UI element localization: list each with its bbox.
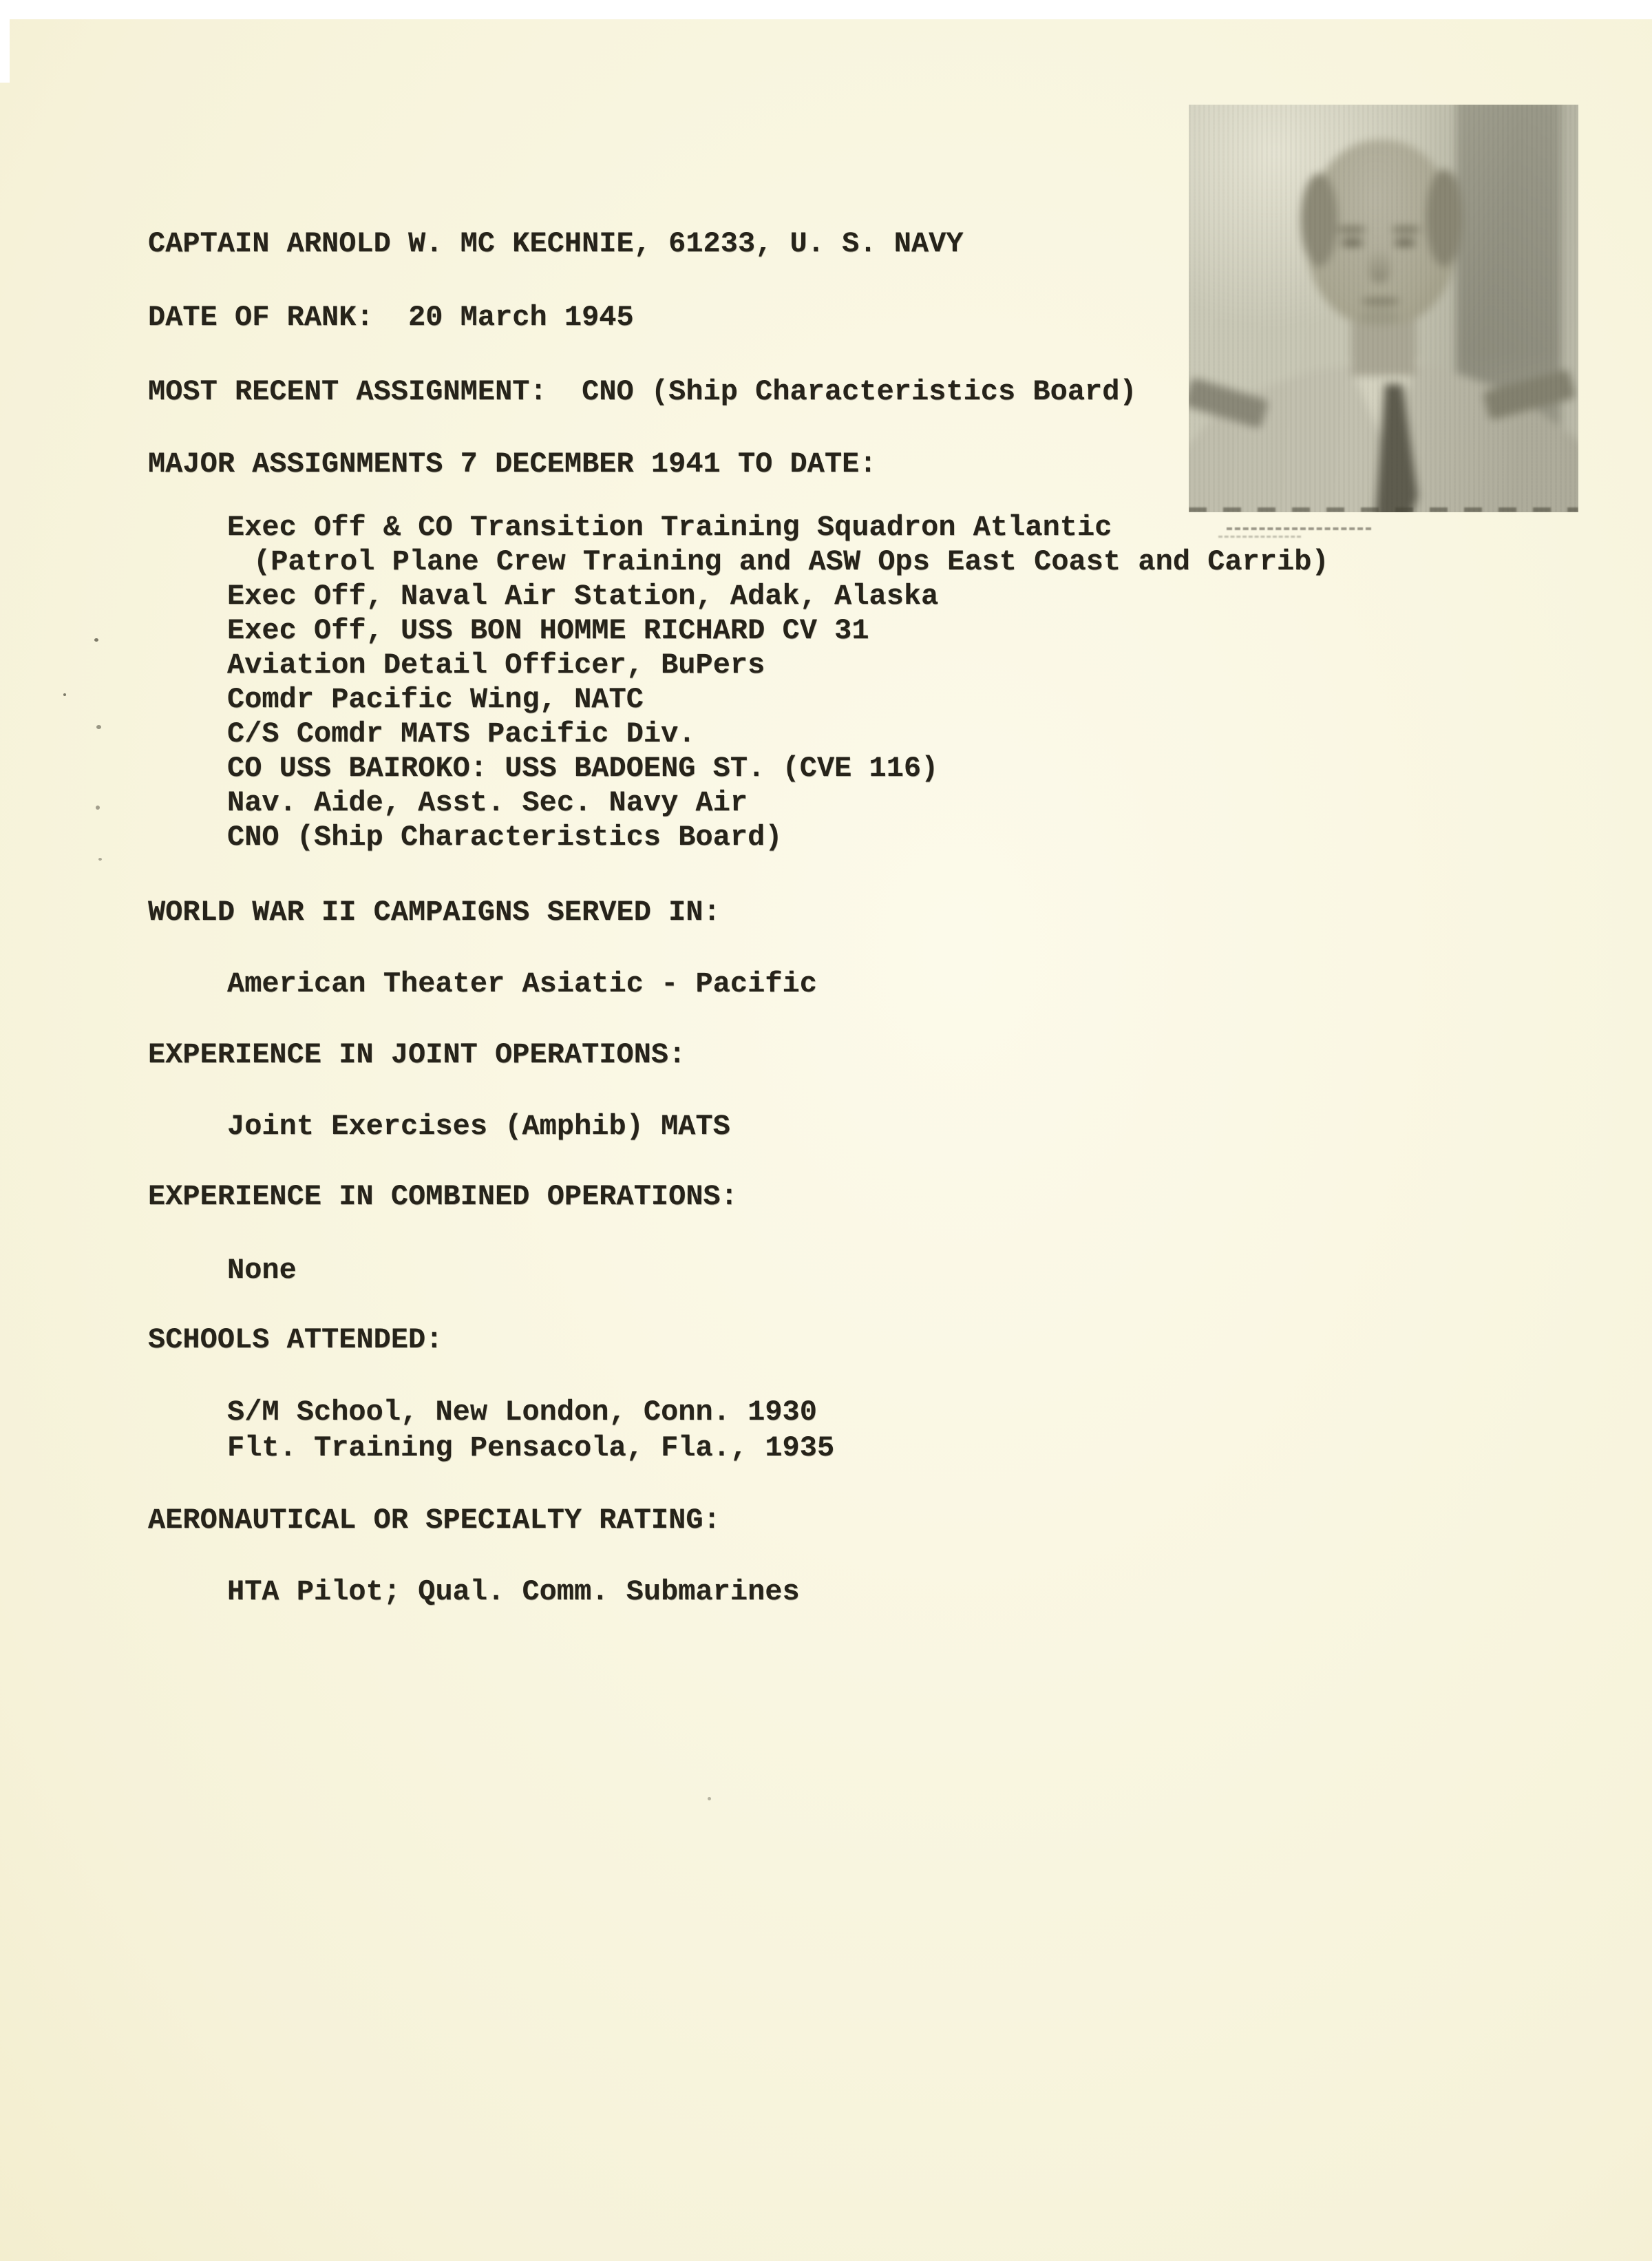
assignment-item-continuation: (Patrol Plane Crew Training and ASW Ops … bbox=[253, 545, 1511, 579]
section-heading-joint-operations: EXPERIENCE IN JOINT OPERATIONS: bbox=[148, 1037, 1511, 1073]
field-date-of-rank: DATE OF RANK:20 March 1945 bbox=[148, 299, 1511, 335]
scanner-edge-strip-left bbox=[0, 0, 10, 83]
assignment-item: CO USS BAIROKO: USS BADOENG ST. (CVE 116… bbox=[227, 751, 1511, 786]
assignment-item: CNO (Ship Characteristics Board) bbox=[227, 820, 1511, 854]
scan-speck bbox=[708, 1797, 711, 1800]
school-item: Flt. Training Pensacola, Fla., 1935 bbox=[227, 1430, 1511, 1466]
date-of-rank-value: 20 March 1945 bbox=[374, 301, 634, 334]
section-heading-major-assignments: MAJOR ASSIGNMENTS 7 DECEMBER 1941 TO DAT… bbox=[148, 446, 1511, 482]
assignment-item: Comdr Pacific Wing, NATC bbox=[227, 682, 1511, 717]
field-most-recent-assignment: MOST RECENT ASSIGNMENT:CNO (Ship Charact… bbox=[148, 374, 1511, 410]
scan-speck bbox=[98, 858, 102, 861]
most-recent-assignment-value: CNO (Ship Characteristics Board) bbox=[547, 375, 1137, 408]
assignment-item: Aviation Detail Officer, BuPers bbox=[227, 648, 1511, 682]
section-heading-schools-attended: SCHOOLS ATTENDED: bbox=[148, 1322, 1511, 1358]
scan-speck bbox=[96, 725, 101, 729]
date-of-rank-label: DATE OF RANK: bbox=[148, 301, 374, 334]
scan-speck bbox=[63, 693, 66, 696]
schools-list: S/M School, New London, Conn. 1930 Flt. … bbox=[148, 1394, 1511, 1466]
officer-name-line: CAPTAIN ARNOLD W. MC KECHNIE, 61233, U. … bbox=[148, 226, 1511, 262]
assignment-item: Nav. Aide, Asst. Sec. Navy Air bbox=[227, 786, 1511, 820]
document-content: CAPTAIN ARNOLD W. MC KECHNIE, 61233, U. … bbox=[148, 226, 1511, 1609]
document-page: CAPTAIN ARNOLD W. MC KECHNIE, 61233, U. … bbox=[0, 0, 1652, 2261]
section-heading-ww2-campaigns: WORLD WAR II CAMPAIGNS SERVED IN: bbox=[148, 894, 1511, 930]
scan-speck bbox=[96, 806, 100, 810]
school-item: S/M School, New London, Conn. 1930 bbox=[227, 1394, 1511, 1430]
assignment-item: Exec Off & CO Transition Training Squadr… bbox=[227, 510, 1511, 545]
assignment-item: C/S Comdr MATS Pacific Div. bbox=[227, 717, 1511, 751]
assignment-item: Exec Off, USS BON HOMME RICHARD CV 31 bbox=[227, 613, 1511, 648]
section-heading-combined-operations: EXPERIENCE IN COMBINED OPERATIONS: bbox=[148, 1179, 1511, 1214]
specialty-rating-item: HTA Pilot; Qual. Comm. Submarines bbox=[227, 1575, 1511, 1609]
most-recent-assignment-label: MOST RECENT ASSIGNMENT: bbox=[148, 375, 547, 408]
scan-speck bbox=[94, 638, 98, 642]
scanner-edge-strip bbox=[0, 0, 1652, 19]
joint-operations-item: Joint Exercises (Amphib) MATS bbox=[227, 1109, 1511, 1144]
assignments-list: Exec Off & CO Transition Training Squadr… bbox=[148, 510, 1511, 854]
combined-operations-item: None bbox=[227, 1253, 1511, 1287]
section-heading-specialty-rating: AERONAUTICAL OR SPECIALTY RATING: bbox=[148, 1502, 1511, 1538]
assignment-item: Exec Off, Naval Air Station, Adak, Alask… bbox=[227, 579, 1511, 613]
ww2-campaigns-item: American Theater Asiatic - Pacific bbox=[227, 967, 1511, 1001]
